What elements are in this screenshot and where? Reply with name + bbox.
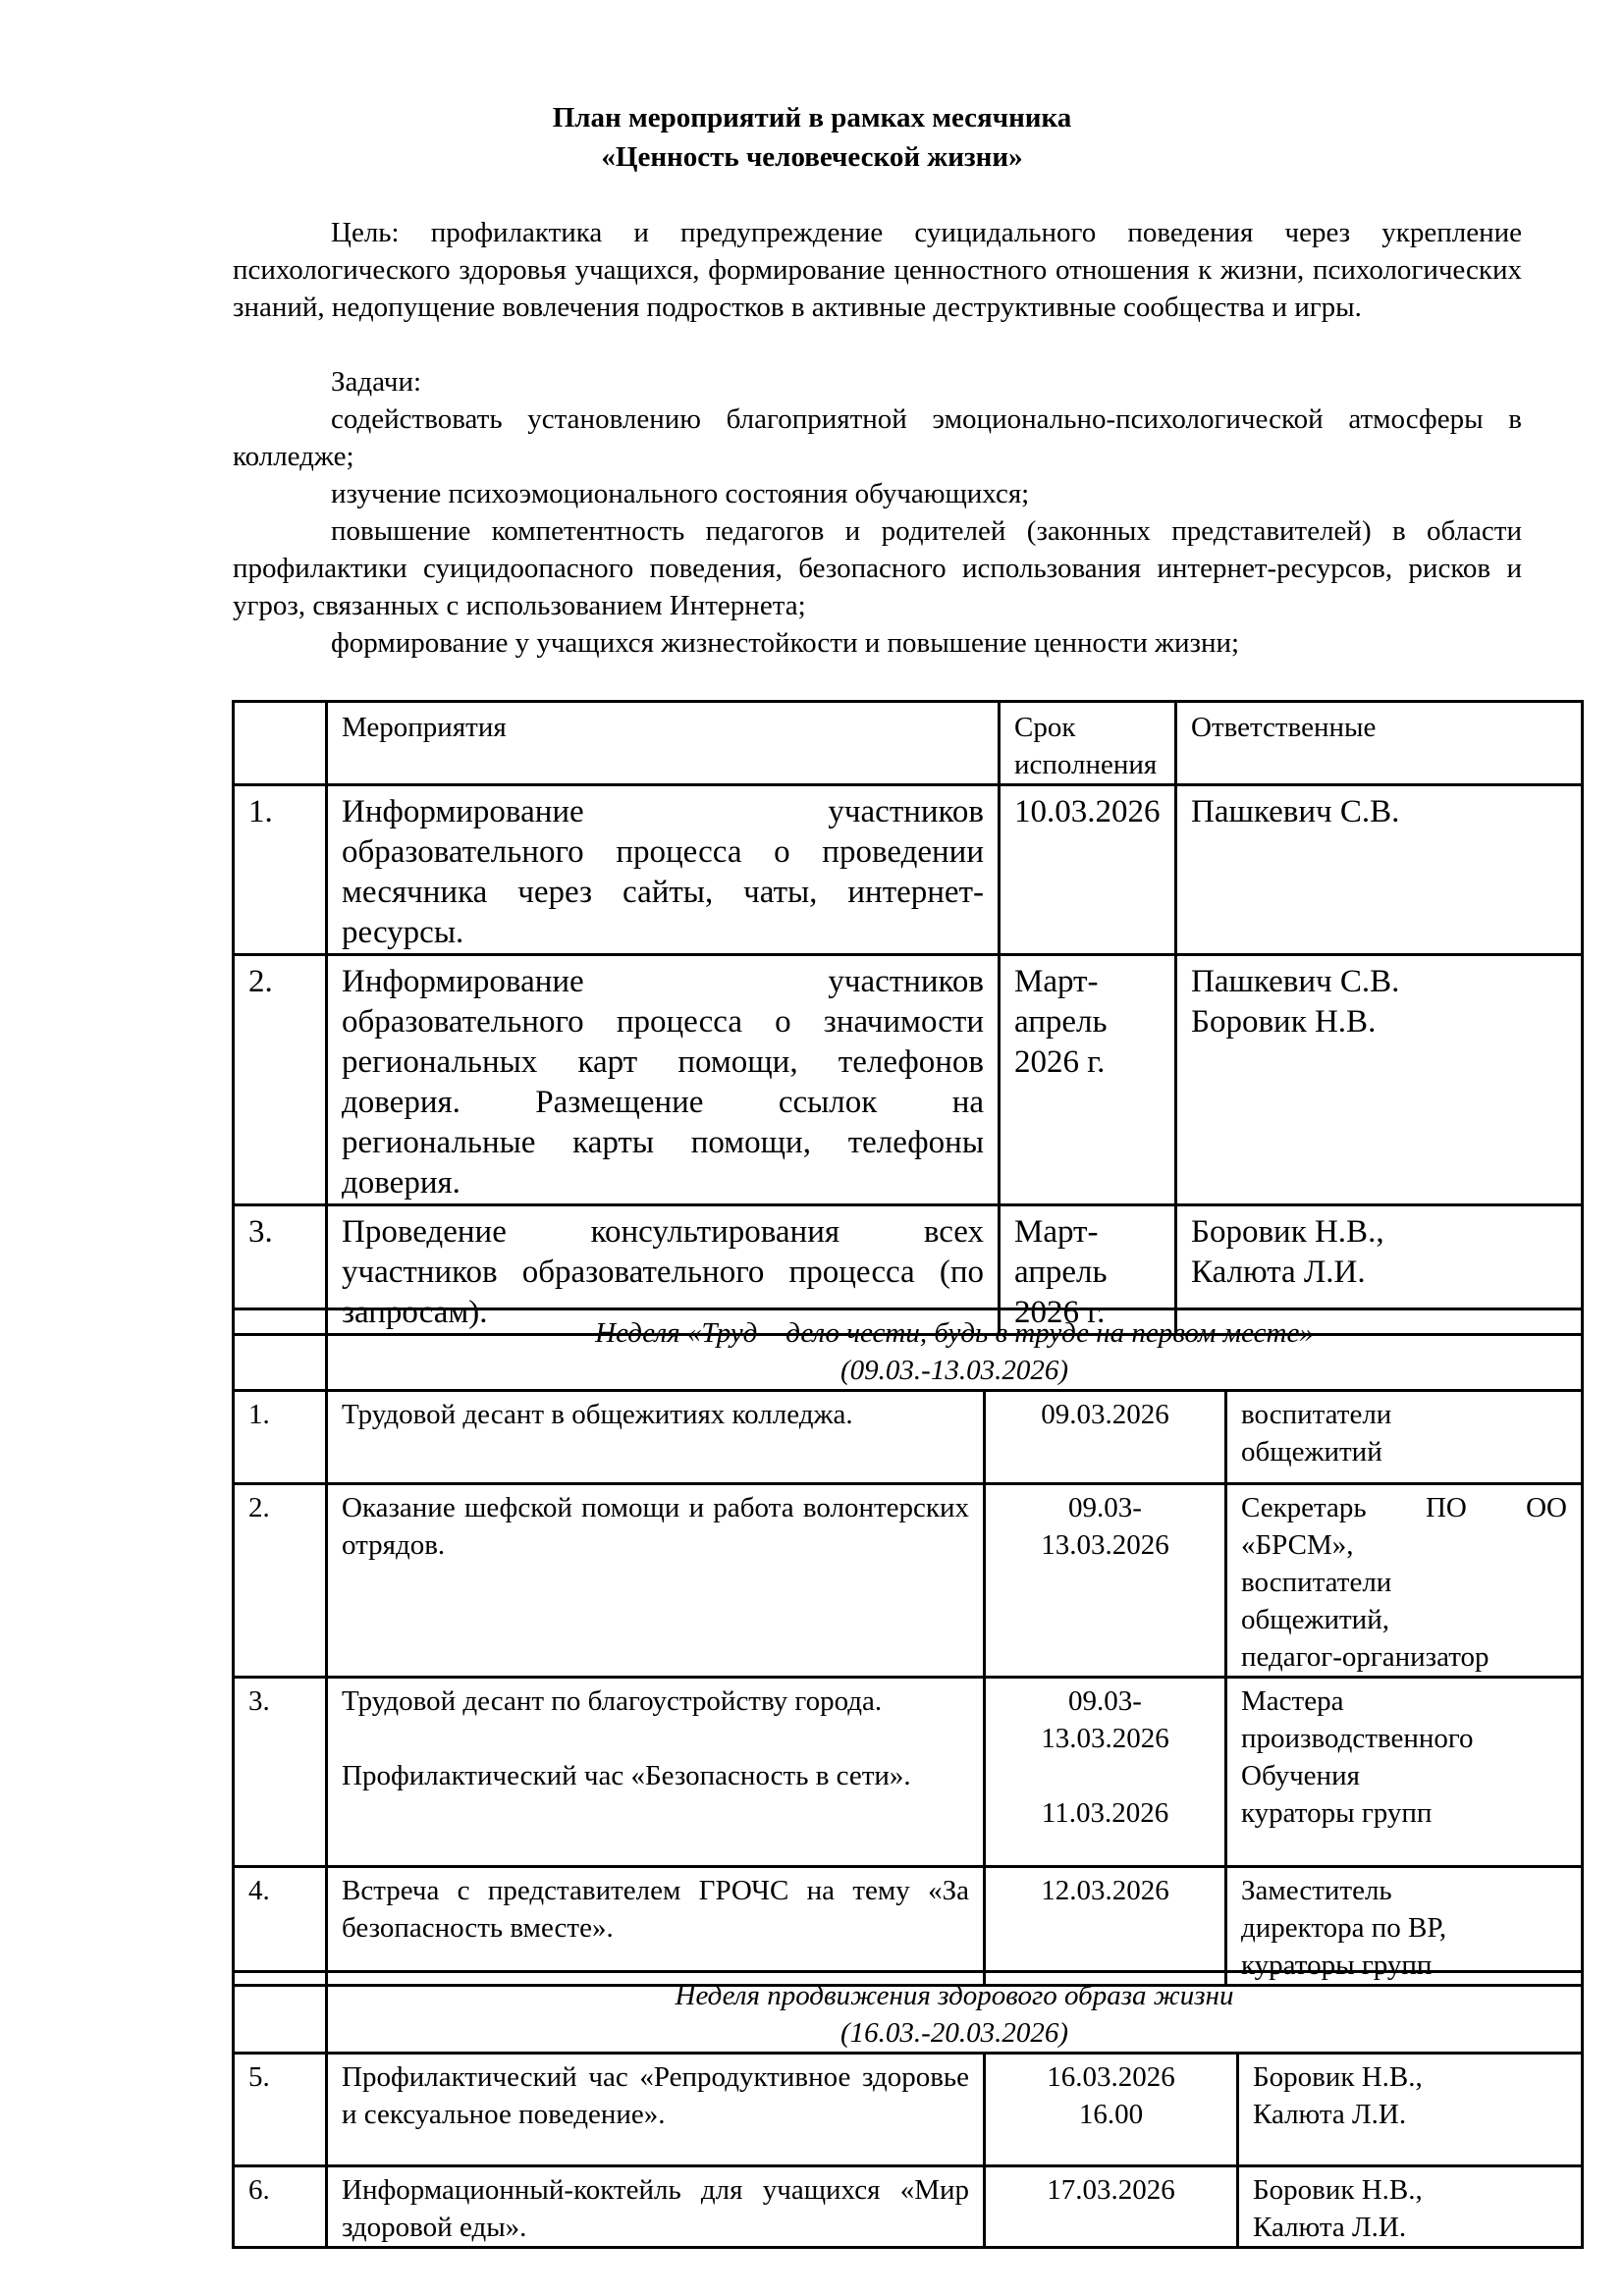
task-item: содействовать установлению благоприятной… — [233, 403, 1522, 472]
event-cell: Трудовой десант в общежитиях колледжа. — [327, 1391, 985, 1484]
event-cell: Информирование участников образовательно… — [327, 955, 1000, 1205]
responsible-cell: Боровик Н.В.,Калюта Л.И. — [1238, 2054, 1583, 2166]
event-cell: Трудовой десант по благоустройству город… — [327, 1678, 985, 1867]
plan-table-general: Мероприятия Срокисполнения Ответственные… — [232, 700, 1584, 1336]
goal-paragraph: Цель: профилактика и предупреждение суиц… — [233, 214, 1522, 326]
table-row: 3. Трудовой десант по благоустройству го… — [234, 1678, 1583, 1867]
deadline-cell: 09.03.2026 — [985, 1391, 1226, 1484]
week-header-row: Неделя продвижения здорового образа жизн… — [234, 1972, 1583, 2054]
deadline-cell: Март-апрель2026 г. — [1000, 955, 1176, 1205]
title-line-2: «Ценность человеческой жизни» — [0, 137, 1624, 177]
table-row: 2. Информирование участников образовател… — [234, 955, 1583, 1205]
responsible-cell: МастерапроизводственногоОбучениякураторы… — [1226, 1678, 1583, 1867]
responsible-cell: Секретарь ПО ОО «БРСМ»,воспитателиобщежи… — [1226, 1484, 1583, 1678]
table-row: 1. Трудовой десант в общежитиях колледжа… — [234, 1391, 1583, 1484]
week-title: Неделя продвижения здорового образа жизн… — [327, 1972, 1583, 2054]
deadline-cell: 09.03-13.03.2026 — [985, 1484, 1226, 1678]
plan-table-week1: Неделя «Труд – дело чести, будь в труде … — [232, 1308, 1584, 1987]
table-row: 6. Информационный-коктейль для учащихся … — [234, 2166, 1583, 2248]
responsible-cell: Боровик Н.В.,Калюта Л.И. — [1238, 2166, 1583, 2248]
event-cell: Встреча с представителем ГРОЧС на тему «… — [327, 1867, 985, 1986]
table-row: 2. Оказание шефской помощи и работа воло… — [234, 1484, 1583, 1678]
deadline-cell: 12.03.2026 — [985, 1867, 1226, 1986]
responsible-cell: воспитателиобщежитий — [1226, 1391, 1583, 1484]
header-responsible: Ответственные — [1176, 702, 1583, 785]
header-deadline: Срокисполнения — [1000, 702, 1176, 785]
week-header-row: Неделя «Труд – дело чести, будь в труде … — [234, 1309, 1583, 1391]
responsible-cell: Заместительдиректора по ВР,кураторы груп… — [1226, 1867, 1583, 1986]
title-line-1: План мероприятий в рамках месячника — [0, 98, 1624, 137]
goal-text: Цель: профилактика и предупреждение суиц… — [233, 217, 1522, 323]
responsible-cell: Пашкевич С.В.Боровик Н.В. — [1176, 955, 1583, 1205]
table-row: 5. Профилактический час «Репродуктивное … — [234, 2054, 1583, 2166]
task-item: повышение компетентность педагогов и род… — [233, 515, 1522, 621]
task-item: формирование у учащихся жизнестойкости и… — [331, 627, 1239, 659]
event-cell: Информирование участников образовательно… — [327, 785, 1000, 955]
responsible-cell: Пашкевич С.В. — [1176, 785, 1583, 955]
header-num — [234, 702, 327, 785]
deadline-cell: 16.03.202616.00 — [985, 2054, 1238, 2166]
table-row: 4. Встреча с представителем ГРОЧС на тем… — [234, 1867, 1583, 1986]
tasks-label: Задачи: — [331, 366, 421, 398]
event-cell: Оказание шефской помощи и работа волонте… — [327, 1484, 985, 1678]
deadline-cell: 09.03-13.03.202611.03.2026 — [985, 1678, 1226, 1867]
deadline-cell: 10.03.2026 — [1000, 785, 1176, 955]
week-title: Неделя «Труд – дело чести, будь в труде … — [327, 1309, 1583, 1391]
event-cell: Информационный-коктейль для учащихся «Ми… — [327, 2166, 985, 2248]
tasks-block: Задачи: содействовать установлению благо… — [233, 363, 1522, 662]
plan-table-week2: Неделя продвижения здорового образа жизн… — [232, 1970, 1584, 2249]
event-cell: Профилактический час «Репродуктивное здо… — [327, 2054, 985, 2166]
deadline-cell: 17.03.2026 — [985, 2166, 1238, 2248]
task-item: изучение психоэмоционального состояния о… — [331, 478, 1029, 509]
table-row: 1. Информирование участников образовател… — [234, 785, 1583, 955]
header-event: Мероприятия — [327, 702, 1000, 785]
table-header-row: Мероприятия Срокисполнения Ответственные — [234, 702, 1583, 785]
